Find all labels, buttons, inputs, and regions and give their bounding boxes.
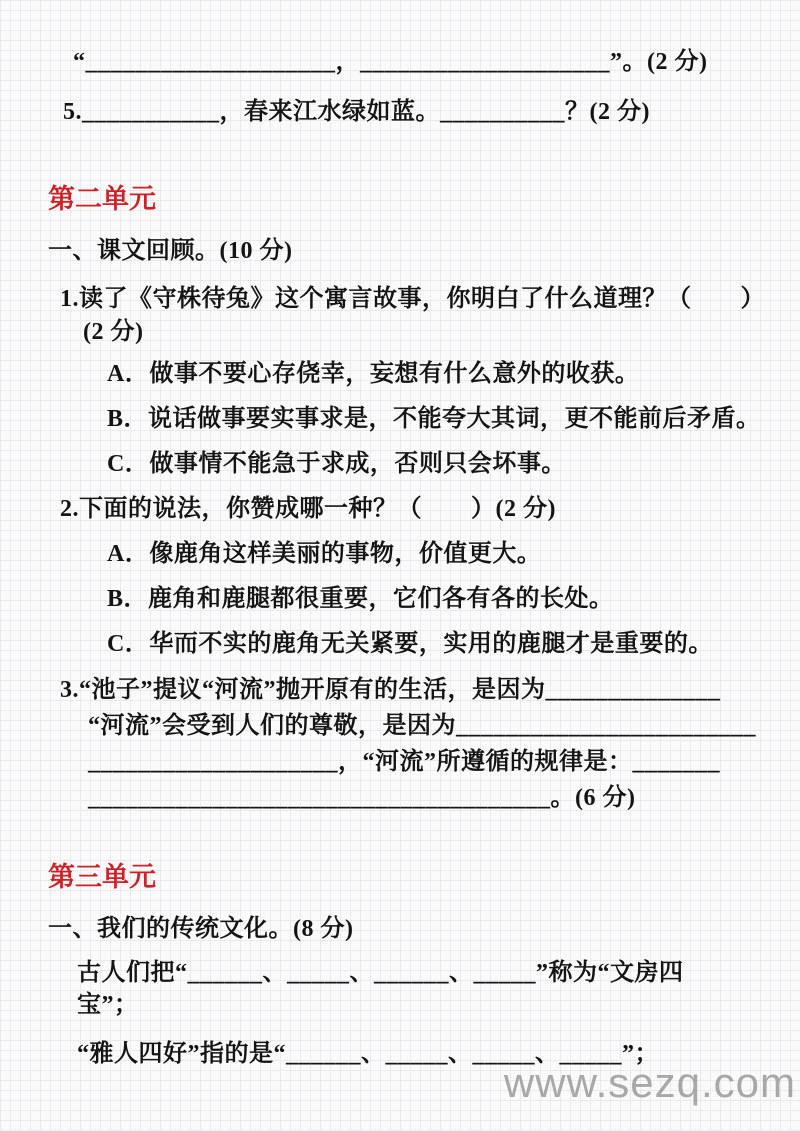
question-line-wrap: (2 分) xyxy=(83,316,760,348)
exam-worksheet-page: “____________________，__________________… xyxy=(0,0,800,1131)
option-a: A．像鹿角这样美丽的事物，价值更大。 xyxy=(107,537,760,571)
unit2-question-1: 1.读了《守株待兔》这个寓言故事，你明白了什么道理？（ ） (2 分) A．做事… xyxy=(60,282,760,481)
question-line: 古人们把“______、_____、______、_____”称为“文房四 xyxy=(77,957,760,989)
unit-3-section-title: 一、我们的传统文化。(8 分) xyxy=(48,912,760,946)
option-c: C．做事情不能急于求成，否则只会坏事。 xyxy=(107,447,760,481)
unit-2-section-title: 一、课文回顾。(10 分) xyxy=(48,234,760,268)
site-watermark: www.sezq.com xyxy=(504,1059,796,1107)
option-a: A．做事不要心存侥幸，妄想有什么意外的收获。 xyxy=(107,357,760,391)
worksheet-content: “____________________，__________________… xyxy=(48,45,760,1071)
fill-blank-quote-line: “____________________，__________________… xyxy=(73,45,760,79)
question-line-wrap: ____________________，“河流”所遵循的规律是：_______ xyxy=(88,744,760,780)
question-line: 2.下面的说法，你赞成哪一种？（ ）(2 分) xyxy=(60,492,760,526)
question-line-wrap: “河流”会受到人们的尊敬，是因为________________________ xyxy=(88,708,760,744)
question-5-line: 5.___________，春来江水绿如蓝。__________？(2 分) xyxy=(63,95,760,129)
option-c: C．华而不实的鹿角无关紧要，实用的鹿腿才是重要的。 xyxy=(107,627,760,661)
question-line-wrap: _____________________________________。(6… xyxy=(88,780,760,816)
question-line: 1.读了《守株待兔》这个寓言故事，你明白了什么道理？（ ） xyxy=(60,282,760,316)
unit2-question-2: 2.下面的说法，你赞成哪一种？（ ）(2 分) A．像鹿角这样美丽的事物，价值更… xyxy=(60,492,760,661)
unit2-question-3: 3.“池子”提议“河流”抛开原有的生活，是因为______________ “河… xyxy=(60,672,760,816)
question-line: 3.“池子”提议“河流”抛开原有的生活，是因为______________ xyxy=(60,672,760,708)
option-b: B．说话做事要实事求是，不能夸大其词，更不能前后矛盾。 xyxy=(107,402,760,436)
option-b: B．鹿角和鹿腿都很重要，它们各有各的长处。 xyxy=(107,582,760,616)
question-line-wrap: 宝”； xyxy=(77,989,760,1021)
unit-2-heading: 第二单元 xyxy=(48,182,760,216)
unit-3-heading: 第三单元 xyxy=(48,860,760,894)
unit3-question-1: 古人们把“______、_____、______、_____”称为“文房四 宝”… xyxy=(60,957,760,1021)
